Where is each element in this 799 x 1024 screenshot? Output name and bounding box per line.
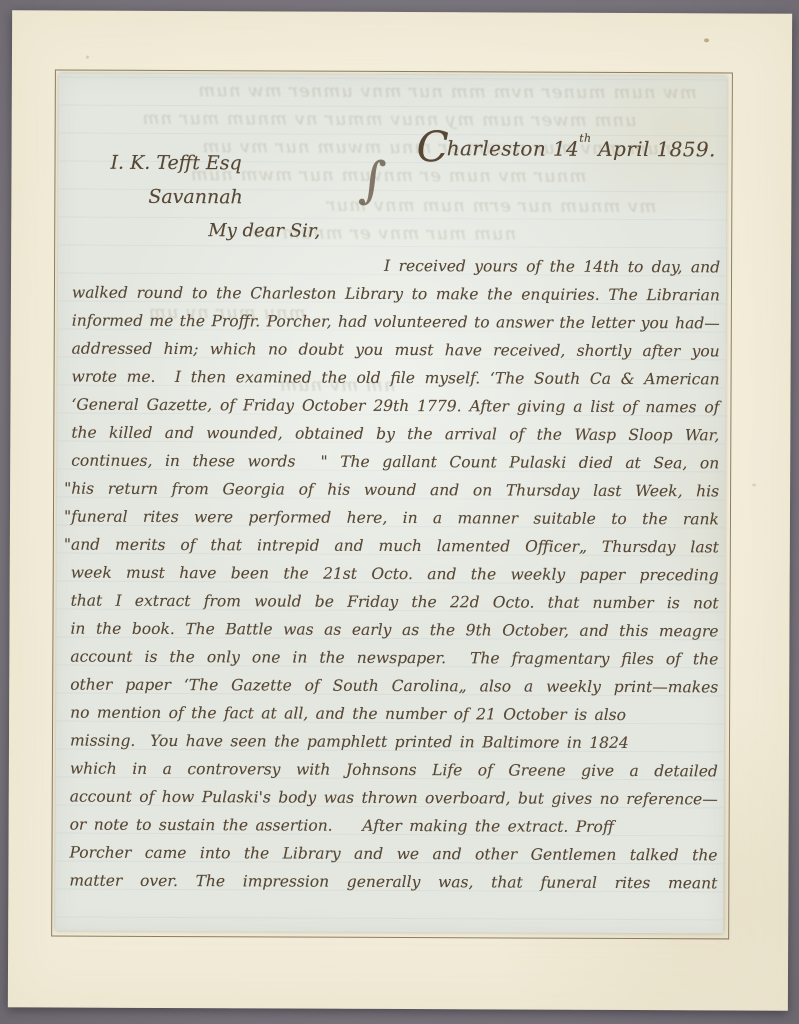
letter-line: missing. You have seen the pamphlett pri… [70, 727, 718, 758]
foxing-spot [704, 38, 709, 42]
salutation: My dear Sir, [208, 220, 320, 241]
letter-line: "his return from Georgia of his wound an… [71, 475, 719, 506]
letter-line: informed me the Proffr. Porcher, had vol… [72, 307, 720, 338]
letter-line: Porcher came into the Library and we and… [69, 839, 717, 870]
letter-line: ‘General Gazette, of Friday October 29th… [71, 391, 719, 422]
letter-line: I received yours of the 14th to day, and [72, 251, 720, 282]
letter-line: no mention of the fact at all, and the n… [70, 699, 718, 730]
letter-line: other paper ‘The Gazette of South Caroli… [70, 671, 718, 702]
letter-line: "funeral rites were performed here, in a… [71, 503, 719, 534]
letter-line: walked round to the Charleston Library t… [72, 279, 720, 310]
dateline-ordinal-suffix: th [579, 132, 591, 145]
letter-line: account of how Pulaski's body was thrown… [70, 783, 718, 814]
dateline-place-day: harleston 14 [447, 136, 580, 161]
mounting-mat: mw num muner nvm mm nur mnv umner mw num… [8, 10, 792, 1010]
dateline-rest: April 1859. [591, 137, 715, 162]
bleedthrough-line: mnur mv num er mnvum nur mwm num [190, 164, 587, 187]
letter-sheet: mw num muner nvm mm nur mnv umner mw num… [55, 74, 727, 934]
letter-line: or note to sustain the assertion. After … [70, 811, 718, 842]
letter-line: in the book. The Battle was as early as … [70, 615, 718, 646]
bleedthrough-line: unm mwer num my nnuv mmur nv mnum mur nm [141, 108, 636, 131]
letter-line: matter over. The impression generally wa… [69, 867, 717, 898]
letter-line: week must have been the 21st Octo. and t… [71, 559, 719, 590]
foxing-spot [752, 484, 756, 487]
letter-line: which in a controversy with Johnsons Lif… [70, 755, 718, 786]
letter-line: "and merits of that intrepid and much la… [71, 531, 719, 562]
recipient-name: I. K. Tefft Esq [110, 152, 241, 175]
letter-body: I received yours of the 14th to day, and… [69, 251, 720, 898]
recipient-city: Savannah [148, 186, 243, 208]
bleedthrough-line: mw num muner nvm mm nur mnv umner mw num [197, 80, 697, 103]
letter-line: account is the only one in the newspaper… [70, 643, 718, 674]
letter-line: wrote me. I then examined the old file m… [72, 363, 720, 394]
scan-background: mw num muner nvm mm nur mnv umner mw num… [0, 0, 799, 1024]
letter-line: continues, in these words " The gallant … [71, 447, 719, 478]
letter-line: addressed him; which no doubt you must h… [72, 335, 720, 366]
dateline: Charleston 14th April 1859. [417, 131, 716, 161]
letter-line: the killed and wounded, obtained by the … [71, 419, 719, 450]
letter-line: that I extract from would be Friday the … [71, 587, 719, 618]
address-bracket-mark: ∫ [358, 154, 388, 206]
foxing-spot [86, 56, 89, 59]
dateline-initial: C [416, 122, 446, 171]
